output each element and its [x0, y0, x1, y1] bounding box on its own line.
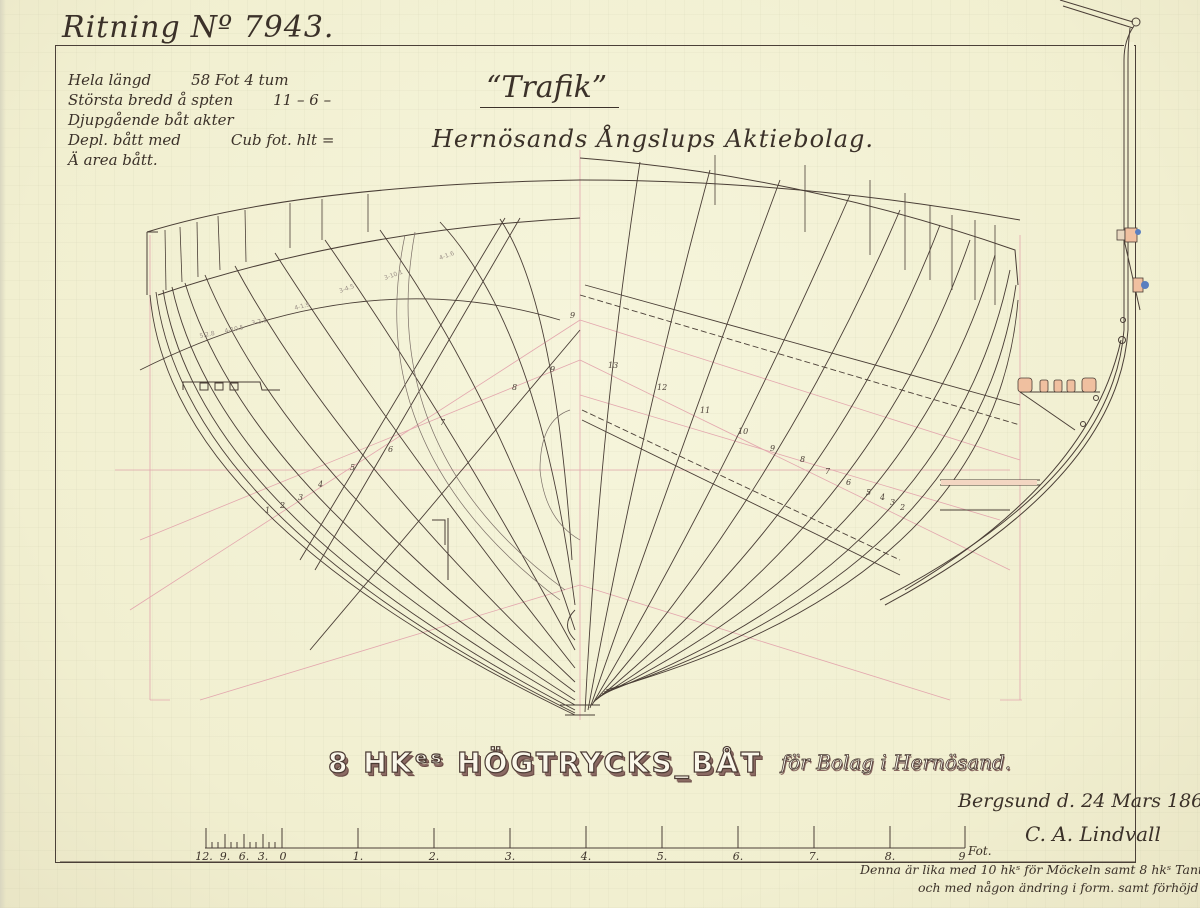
scale-sublabel: 9. — [220, 850, 231, 863]
svg-text:3-10.1: 3-10.1 — [383, 269, 404, 282]
scale-sublabel: 12. — [195, 850, 213, 863]
svg-text:6: 6 — [388, 445, 393, 454]
scale-label: 4. — [581, 850, 592, 863]
svg-text:9: 9 — [770, 444, 775, 453]
bracket-detail — [432, 518, 448, 580]
svg-text:3-4.5: 3-4.5 — [338, 283, 355, 295]
waterline-numbers: 13 12 11 10 9 8 7 6 5 4 3 2 1 2 3 4 5 6 … — [265, 311, 905, 515]
date-place: Bergsund d. 24 Mars 1868. — [958, 790, 1200, 812]
stem-profile — [880, 0, 1140, 605]
scale-label: 1. — [353, 850, 364, 863]
stem-fittings — [941, 228, 1149, 485]
svg-text:9: 9 — [550, 365, 555, 374]
svg-text:7: 7 — [440, 418, 446, 427]
frame-sections-right — [585, 162, 1018, 712]
scale-sublabel: 0 — [280, 850, 287, 863]
construction-lines-red — [115, 150, 1022, 720]
svg-text:2: 2 — [899, 503, 905, 512]
svg-text:4: 4 — [879, 493, 885, 502]
signature: C. A. Lindvall — [1025, 822, 1161, 846]
svg-text:6: 6 — [846, 478, 851, 487]
drawing-subtitle: för Bolag i Hernösand. — [781, 750, 1011, 774]
scale-label: 3. — [505, 850, 516, 863]
svg-text:1: 1 — [265, 506, 270, 515]
footnote-line-1: Denna är lika med 10 hkˢ för Möckeln sam… — [860, 862, 1200, 877]
sheer-and-deck-lines — [147, 155, 1020, 305]
svg-text:5: 5 — [350, 463, 355, 472]
scale-label: 5. — [657, 850, 668, 863]
scale-sublabel: 3. — [258, 850, 269, 863]
scale-unit: Fot. — [968, 844, 992, 858]
offset-annotations: 5.2.8 4-10.5 3-2.1 4-1.9 3-4.5 3-10.1 4-… — [199, 250, 455, 340]
svg-text:12: 12 — [657, 383, 667, 392]
scale-label: 6. — [733, 850, 744, 863]
title-block: 8 HKᵉˢ HÖGTRYCKS_BÅT för Bolag i Hernösa… — [328, 746, 1011, 779]
scale-sublabel: 6. — [239, 850, 250, 863]
svg-text:7: 7 — [825, 467, 831, 476]
svg-text:4: 4 — [317, 480, 323, 489]
drawing-title: 8 HKᵉˢ HÖGTRYCKS_BÅT — [328, 746, 763, 779]
frame-sections-left — [150, 219, 575, 715]
svg-text:11: 11 — [700, 406, 710, 415]
svg-text:3: 3 — [298, 493, 303, 502]
svg-text:5.2.8: 5.2.8 — [199, 330, 216, 340]
svg-text:4-1.6: 4-1.6 — [438, 250, 455, 262]
svg-text:4-10.5: 4-10.5 — [224, 324, 245, 335]
scale-label: 7. — [809, 850, 820, 863]
svg-text:2: 2 — [279, 501, 285, 510]
footnote-line-2: och med någon ändring i form. samt förhö… — [918, 880, 1200, 895]
svg-text:9: 9 — [570, 311, 575, 320]
bilge-curves — [397, 232, 580, 600]
svg-text:5: 5 — [866, 488, 871, 497]
svg-text:3: 3 — [890, 498, 895, 507]
svg-text:3-2.1: 3-2.1 — [251, 317, 268, 327]
scale-label: 2. — [429, 850, 440, 863]
svg-text:10: 10 — [738, 427, 748, 436]
svg-text:13: 13 — [608, 361, 618, 370]
svg-text:8: 8 — [512, 383, 517, 392]
svg-text:8: 8 — [800, 455, 805, 464]
